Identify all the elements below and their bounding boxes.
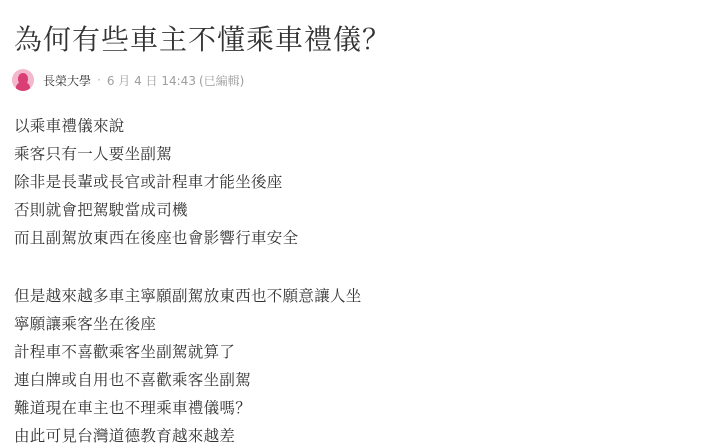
post-content: 以乘車禮儀來說 乘客只有一人要坐副駕 除非是長輩或長官或計程車才能坐後座 否則就…: [14, 112, 362, 447]
edited-label: (已編輯): [199, 72, 244, 89]
content-line: 由此可見台灣道德教育越來越差: [14, 422, 362, 447]
post-date: 6 月 4 日 14:43: [107, 72, 196, 89]
content-line: 但是越來越多車主寧願副駕放東西也不願意讓人坐: [14, 282, 362, 310]
content-line: 難道現在車主也不理乘車禮儀嗎？: [14, 394, 362, 422]
content-line: 計程車不喜歡乘客坐副駕就算了: [14, 338, 362, 366]
content-line: 除非是長輩或長官或計程車才能坐後座: [14, 168, 362, 196]
content-line: 寧願讓乘客坐在後座: [14, 310, 362, 338]
female-avatar-icon[interactable]: [12, 69, 34, 91]
content-line: 乘客只有一人要坐副駕: [14, 140, 362, 168]
content-line: 而且副駕放東西在後座也會影響行車安全: [14, 224, 362, 252]
post-title: 為何有些車主不懂乘車禮儀？: [14, 20, 391, 60]
post-meta: 長榮大學 · 6 月 4 日 14:43 (已編輯): [12, 68, 244, 92]
author-name[interactable]: 長榮大學: [43, 72, 91, 89]
content-line: 否則就會把駕駛當成司機: [14, 196, 362, 224]
content-line: 連白牌或自用也不喜歡乘客坐副駕: [14, 366, 362, 394]
paragraph-break: [14, 252, 362, 282]
meta-separator: ·: [97, 73, 101, 87]
content-line: 以乘車禮儀來說: [14, 112, 362, 140]
